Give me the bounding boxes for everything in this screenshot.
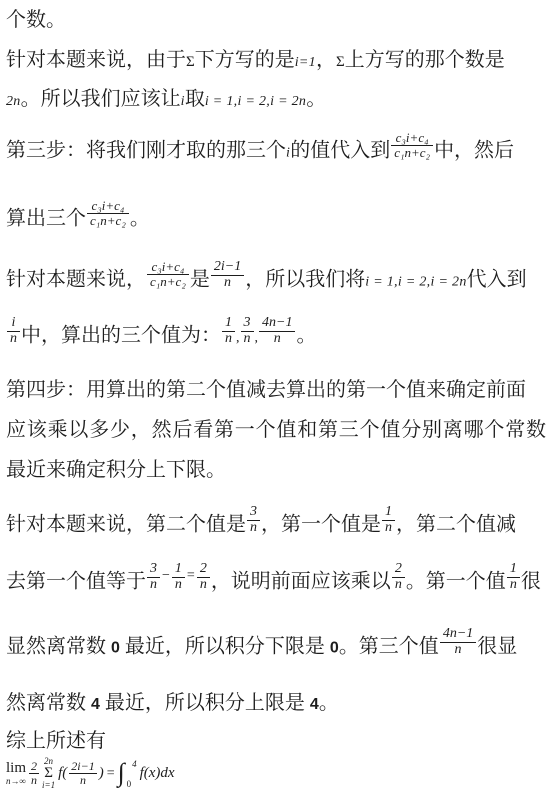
text-run: 。所以我们应该让 [21,88,181,110]
fraction-numerator: c₃i+c₄ [147,260,189,275]
math-run: i = 1,i = 2,i = 2n [365,275,466,290]
bold-number: 4 [310,696,319,713]
fraction-numerator: 3 [147,562,160,578]
text-run: ，说明前面应该乘以 [211,571,391,593]
text-run: 最近，所以积分上限是 [100,692,310,714]
text-line-13: 显然离常数 0 最近，所以积分下限是 0。第三个值4n−1n很显 [6,627,517,659]
fraction-3-over-n: 3n [247,505,260,535]
text-run: ，第二个值减 [396,514,516,536]
fraction-2-over-n: 2n [197,562,210,592]
text-run: 中，算出的三个值为： [21,325,221,347]
sigma-symbol: Σ [336,54,345,70]
fraction-numerator: 2 [392,562,405,578]
text-run: 是 [190,269,210,291]
comma-separator: , [236,331,240,346]
fraction-numerator: 4n−1 [440,627,476,643]
text-line-8: 第四步：用算出的第二个值减去算出的第一个值来确定前面 [6,373,526,402]
text-run: ，第一个值是 [261,514,381,536]
text-line-5: 算出三个c₃i+c₄c₁n+c₂。 [6,199,150,231]
fraction-4n-1-over-n: 4n−1n [259,316,295,346]
fraction-numerator: 2i−1 [211,260,244,276]
fraction-denominator: c₁n+c₂ [391,146,433,160]
text-line-6: 针对本题来说，c₃i+c₄c₁n+c₂是2i−1n，所以我们将i = 1,i =… [6,260,527,292]
sigma-symbol: Σ [44,766,53,781]
text-run: 针对本题来说，由于 [6,49,186,71]
fraction-numerator: 4n−1 [259,316,295,332]
text-run: 然离常数 [6,692,91,714]
text-run: ， [316,49,336,71]
text-line-2: 针对本题来说，由于Σ下方写的是i=1，Σ上方写的那个数是 [6,43,505,72]
text-run: 很 [521,571,541,593]
fraction-denominator: n [392,578,405,593]
text-run: 下方写的是 [195,49,295,71]
fraction-2i-1-over-n: 2i−1n [69,760,96,787]
fraction-denominator: n [247,521,260,536]
equals-operator: = [187,568,195,583]
text-line-3: 2n。所以我们应该让i取i = 1,i = 2,i = 2n。 [6,82,326,111]
fraction-numerator: c₃i+c₄ [87,199,129,214]
text-run: 。第一个值 [406,571,506,593]
fraction-c3i-c4-over-c1n-c2: c₃i+c₄c₁n+c₂ [87,199,129,227]
text-run: 去第一个值等于 [6,571,146,593]
text-run: ，所以我们将 [245,269,365,291]
fraction-1-over-n: 1n [222,316,235,346]
text-run: 显然离常数 [6,636,111,658]
function-open: f( [58,765,67,782]
fraction-denominator: n [211,276,244,291]
fraction-denominator: n [29,774,39,787]
fraction-denominator: n [507,578,520,593]
math-run: i = 1,i = 2,i = 2n [205,94,306,109]
fraction-numerator: c₃i+c₄ [391,131,433,146]
text-run: 综上所述有 [6,730,106,752]
minus-operator: − [162,568,170,583]
text-line-12: 去第一个值等于3n−1n=2n，说明前面应该乘以2n。第一个值1n很 [6,562,541,594]
fraction-denominator: n [241,332,254,347]
text-line-4: 第三步：将我们刚才取的那三个i的值代入到c₃i+c₄c₁n+c₂中，然后 [6,131,514,163]
fraction-denominator: n [440,643,476,658]
bold-number: 0 [330,640,339,657]
fraction-numerator: 3 [247,505,260,521]
integral-block: ∫40 [118,758,136,790]
text-run: 。第三个值 [339,636,439,658]
text-run: 取 [185,88,205,110]
integral-sign: ∫ [118,757,125,789]
text-line-10: 最近来确定积分上下限。 [6,453,226,482]
integrand: f(x)dx [140,765,175,782]
math-run: i=1 [295,55,316,70]
text-run: 上方写的那个数是 [345,49,505,71]
fraction-numerator: 2 [197,562,210,578]
lim-word: lim [6,761,26,776]
text-run: 中，然后 [434,140,514,162]
bold-number: 4 [91,696,100,713]
text-run: 针对本题来说，第二个值是 [6,514,246,536]
fraction-4n-1-over-n: 4n−1n [440,627,476,657]
fraction-2i-1-over-n: 2i−1n [211,260,244,290]
formula-line: limn→∞ 2n 2nΣi=1 f( 2i−1n ) = ∫40 f(x)dx [6,757,176,790]
fraction-1-over-n: 1n [172,562,185,592]
fraction-denominator: c₁n+c₂ [147,275,189,289]
fraction-denominator: n [147,578,160,593]
fraction-i-over-n: in [7,316,20,346]
fraction-denominator: n [382,521,395,536]
text-run: 个数。 [6,9,66,31]
fraction-denominator: n [197,578,210,593]
fraction-denominator: n [259,332,295,347]
text-run: 很显 [477,636,517,658]
fraction-numerator: 1 [382,505,395,521]
text-run: 最近来确定积分上下限。 [6,459,226,481]
fraction-denominator: n [222,332,235,347]
text-run: 最近，所以积分下限是 [120,636,330,658]
fraction-c3i-c4-over-c1n-c2: c₃i+c₄c₁n+c₂ [147,260,189,288]
sigma-symbol: Σ [186,54,195,70]
text-run: 第四步：用算出的第二个值减去算出的第一个值来确定前面 [6,379,526,401]
integral-lower-limit: 0 [127,779,132,789]
fraction-1-over-n: 1n [382,505,395,535]
fraction-numerator: 2i−1 [69,760,96,774]
fraction-numerator: 2 [29,760,39,774]
integral-upper-limit: 4 [132,759,137,769]
text-run: 的值代入到 [290,140,390,162]
text-run: 算出三个 [6,208,86,230]
math-run: 2n [6,94,21,109]
limit-block: limn→∞ [6,761,26,786]
summation-block: 2nΣi=1 [42,757,55,790]
fraction-numerator: 1 [172,562,185,578]
fraction-denominator: c₁n+c₂ [87,214,129,228]
text-line-7: in中，算出的三个值为：1n,3n,4n−1n。 [6,316,316,348]
fraction-numerator: 1 [507,562,520,578]
comma-separator: , [255,331,259,346]
text-run: 应该乘以多少，然后看第一个值和第三个值分别离哪个常数 [6,419,547,441]
math-document-page: 个数。 针对本题来说，由于Σ下方写的是i=1，Σ上方写的那个数是 2n。所以我们… [0,0,560,805]
fraction-3-over-n: 3n [241,316,254,346]
fraction-denominator: n [172,578,185,593]
fraction-numerator: 1 [222,316,235,332]
text-run: 。 [319,692,339,714]
fraction-2-over-n: 2n [392,562,405,592]
text-line-9: 应该乘以多少，然后看第一个值和第三个值分别离哪个常数 [6,413,547,442]
text-run: 针对本题来说， [6,269,146,291]
sum-lower-limit: i=1 [42,781,55,790]
fraction-denominator: n [69,774,96,787]
text-run: 。 [296,325,316,347]
text-run: 。 [130,208,150,230]
fraction-1-over-n: 1n [507,562,520,592]
lim-subscript: n→∞ [6,777,26,786]
text-line-11: 针对本题来说，第二个值是3n，第一个值是1n，第二个值减 [6,505,516,537]
fraction-3-over-n: 3n [147,562,160,592]
text-line-15: 综上所述有 [6,724,106,753]
fraction-denominator: n [7,332,20,347]
function-close: ) [99,765,104,782]
text-line-1: 个数。 [6,3,66,32]
text-line-14: 然离常数 4 最近，所以积分上限是 4。 [6,686,339,715]
equals-sign: = [107,766,115,782]
fraction-numerator: i [7,316,20,332]
fraction-numerator: 3 [241,316,254,332]
fraction-c3i-c4-over-c1n-c2: c₃i+c₄c₁n+c₂ [391,131,433,159]
text-run: 第三步：将我们刚才取的那三个 [6,140,286,162]
text-run: 。 [306,88,326,110]
bold-number: 0 [111,640,120,657]
fraction-2-over-n: 2n [29,760,39,787]
text-run: 代入到 [467,269,527,291]
